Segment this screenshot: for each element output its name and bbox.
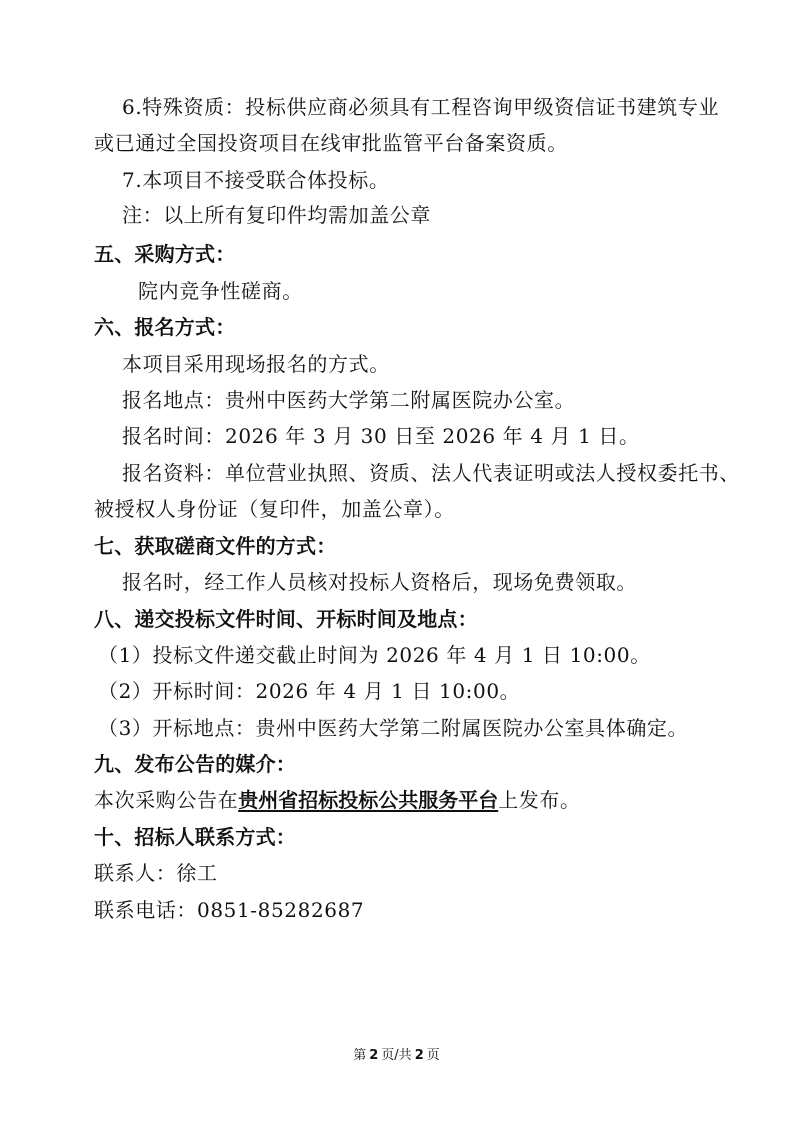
total-pages-number: 2 bbox=[415, 1048, 424, 1063]
contact-phone: 联系电话：0851-85282687 bbox=[94, 896, 364, 924]
section-9-heading: 九、发布公告的媒介： bbox=[94, 750, 296, 778]
footer-suffix: 页 bbox=[427, 1048, 440, 1063]
section-6-heading: 六、报名方式： bbox=[94, 313, 235, 341]
registration-method: 本项目采用现场报名的方式。 bbox=[122, 350, 390, 378]
platform-link[interactable]: 贵州省招标投标公共服务平台 bbox=[238, 788, 498, 812]
qualification-6-line-1: 6.特殊资质：投标供应商必须具有工程咨询甲级资信证书建筑专业 bbox=[122, 93, 719, 121]
registration-materials-line-1: 报名资料：单位营业执照、资质、法人代表证明或法人授权委托书、 bbox=[122, 459, 740, 487]
page-number-footer: 第2页/共2页 bbox=[0, 1044, 793, 1063]
registration-materials-line-2: 被授权人身份证（复印件，加盖公章）。 bbox=[94, 495, 455, 523]
submission-deadline: （1）投标文件递交截止时间为 2026 年 4 月 1 日 10:00。 bbox=[98, 641, 651, 669]
registration-location: 报名地点：贵州中医药大学第二附属医院办公室。 bbox=[122, 386, 575, 414]
section-5-body: 院内竞争性磋商。 bbox=[138, 277, 303, 305]
section-7-heading: 七、获取磋商文件的方式： bbox=[94, 532, 336, 560]
opening-time: （2）开标时间：2026 年 4 月 1 日 10:00。 bbox=[98, 677, 520, 705]
section-8-heading: 八、递交投标文件时间、开标时间及地点： bbox=[94, 605, 478, 633]
publication-suffix: 上发布。 bbox=[498, 788, 580, 812]
document-page: 6.特殊资质：投标供应商必须具有工程咨询甲级资信证书建筑专业 或已通过全国投资项… bbox=[0, 0, 793, 1122]
section-7-body: 报名时，经工作人员核对投标人资格后，现场免费领取。 bbox=[122, 568, 637, 596]
footer-mid: 页/共 bbox=[381, 1048, 411, 1063]
publication-prefix: 本次采购公告在 bbox=[94, 788, 238, 812]
publication-media-line: 本次采购公告在贵州省招标投标公共服务平台上发布。 bbox=[94, 786, 581, 814]
footer-prefix: 第 bbox=[353, 1048, 366, 1063]
qualification-7: 7.本项目不接受联合体投标。 bbox=[122, 166, 389, 194]
registration-time: 报名时间：2026 年 3 月 30 日至 2026 年 4 月 1 日。 bbox=[122, 422, 640, 450]
opening-location: （3）开标地点：贵州中医药大学第二附属医院办公室具体确定。 bbox=[98, 714, 688, 742]
qualification-6-line-2: 或已通过全国投资项目在线审批监管平台备案资质。 bbox=[94, 129, 568, 157]
contact-person: 联系人：徐工 bbox=[94, 859, 218, 887]
current-page-number: 2 bbox=[369, 1048, 378, 1063]
section-10-heading: 十、招标人联系方式： bbox=[94, 823, 296, 851]
note-stamp: 注：以上所有复印件均需加盖公章 bbox=[122, 201, 431, 229]
section-5-heading: 五、采购方式： bbox=[94, 240, 235, 268]
